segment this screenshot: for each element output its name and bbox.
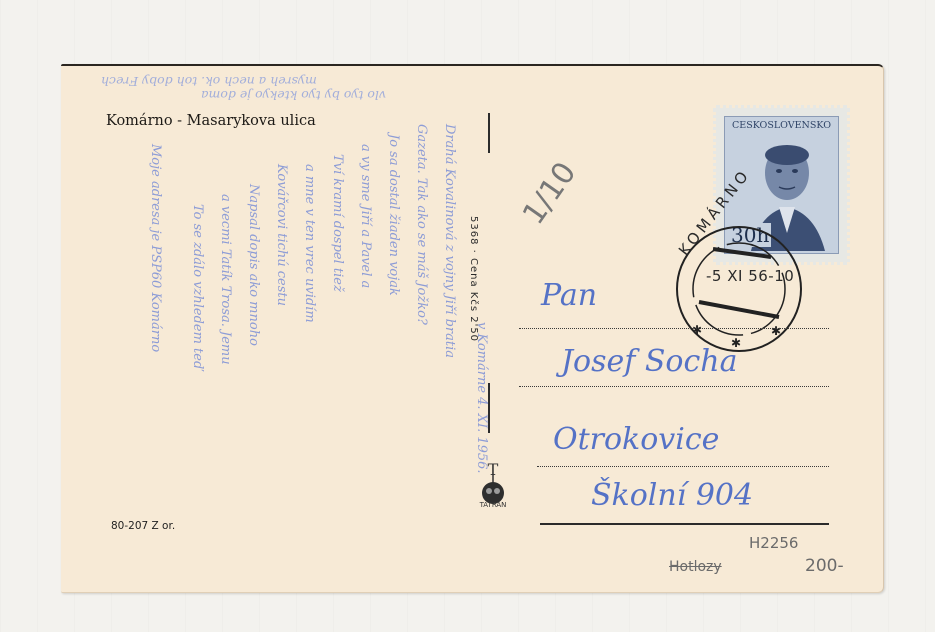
postcard: mysreh a nech ok. toh doby Frech vlo tyo… — [61, 64, 884, 593]
address-line — [519, 386, 829, 387]
message-line: Napsal dopis ako mnoho — [246, 184, 261, 346]
address-line — [540, 523, 829, 525]
message-line: Gazeta. Tak ako se máš Jožko? — [414, 124, 429, 325]
svg-text:✱: ✱ — [771, 324, 781, 338]
divider-line — [488, 383, 490, 433]
divider-line — [488, 113, 490, 153]
message-line: a mne v ten vrec uvidím — [302, 164, 317, 323]
address-name: Josef Socha — [561, 344, 738, 379]
address-city: Otrokovice — [553, 422, 719, 457]
svg-text:✱: ✱ — [692, 323, 702, 337]
message-line: Drahá Kovalinová z vojny Jiří bratia — [442, 124, 457, 358]
stamp-country: CESKOSLOVENSKO — [725, 120, 838, 131]
address-line — [537, 466, 829, 467]
pencil-note-fraction: 1/10 — [516, 156, 583, 231]
message-line: Kovářcovi tichú cestu — [274, 164, 289, 306]
message-line: Moje adresa je PSP60 Komárno — [148, 144, 163, 352]
message-line: Tví kramí dospel tiež — [330, 154, 345, 292]
message-line: Jo sa dostal žiaden vojak — [386, 134, 401, 296]
print-code: 80-207 Z or. — [111, 520, 175, 532]
message-line: To se zdálo vzhledem teď — [190, 204, 205, 369]
pencil-catalog-code: H2256 — [749, 534, 798, 552]
address-street: Školní 904 — [591, 478, 753, 513]
pencil-crossed-note: Hotlozy — [669, 559, 722, 575]
address-line — [519, 328, 829, 329]
postmark-date: -5 XI 56-10 — [706, 267, 794, 285]
message-date: v Komárne 4. XI. 1956. — [474, 322, 489, 474]
svg-text:TATRAN: TATRAN — [479, 501, 507, 509]
pencil-price: 200- — [805, 556, 844, 576]
address-salutation: Pan — [541, 278, 597, 313]
handwritten-message: Drahá Kovalinová z vojny Jiří bratia Gaz… — [89, 84, 469, 564]
message-line: a vy sme Jiří a Pavel a — [358, 144, 373, 288]
publisher-number-price: 5368 · Cena Kčs 2'50 — [468, 216, 479, 342]
publisher-logo-icon: T TATRAN — [473, 461, 513, 509]
message-line: a vecmi Tatík Trosa. Jemu — [218, 194, 233, 365]
